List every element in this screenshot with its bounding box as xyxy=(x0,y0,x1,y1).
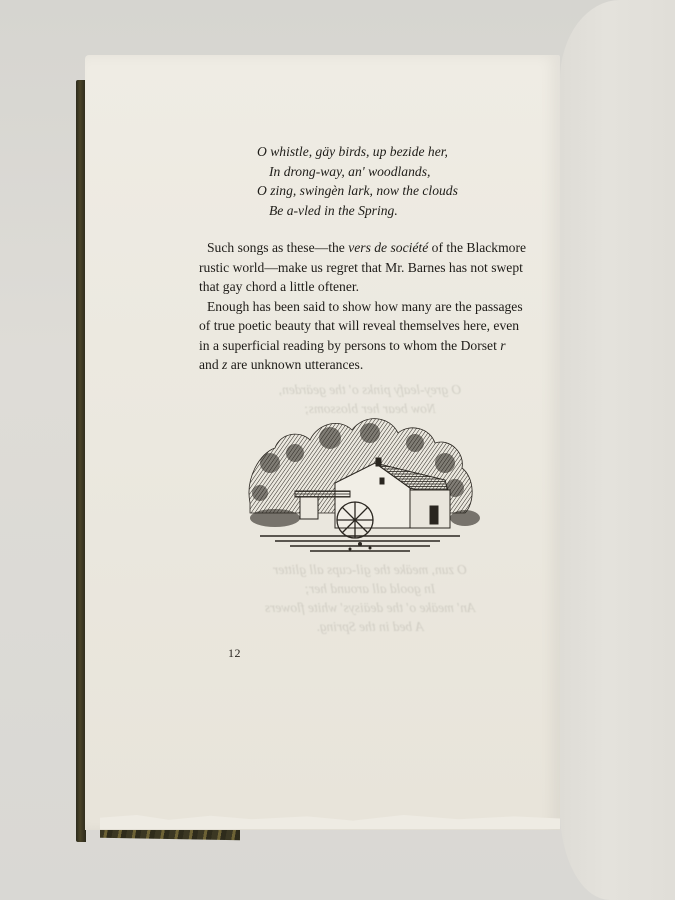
text-run: and xyxy=(199,357,222,372)
text-run: of the Blackmore xyxy=(428,240,526,255)
italic-phrase: vers de société xyxy=(348,240,428,255)
bleed-line: O zun, meäke the gil-cups all glitter xyxy=(205,560,535,579)
prose-line: that gay chord a little oftener. xyxy=(199,277,532,297)
prose-line: in a superficial reading by persons to w… xyxy=(199,336,532,356)
prose-line: of true poetic beauty that will reveal t… xyxy=(199,316,532,336)
bleed-line: O grey-leafy pinks o' the geärden, xyxy=(205,380,535,399)
verse-line: Be a-vled in the Spring. xyxy=(257,201,497,221)
page-number: 12 xyxy=(228,646,241,661)
poem-stanza: O whistle, gäy birds, up bezide her, In … xyxy=(257,142,497,220)
prose-line: Such songs as these—the vers de société … xyxy=(207,238,532,258)
italic-letter: r xyxy=(500,338,505,353)
bleed-line: In goold all around her; xyxy=(205,579,535,598)
text-run: in a superficial reading by persons to w… xyxy=(199,338,500,353)
watermill-engraving xyxy=(240,408,485,558)
text-run: are unknown utterances. xyxy=(227,357,363,372)
facing-page-curl xyxy=(560,0,675,900)
paragraph: Such songs as these—the vers de société … xyxy=(207,238,532,297)
bleed-line: A bed in the Spring. xyxy=(205,617,535,636)
verse-line: O whistle, gäy birds, up bezide her, xyxy=(257,142,497,162)
paragraph: Enough has been said to show how many ar… xyxy=(207,297,532,375)
verse-line: O zing, swingèn lark, now the clouds xyxy=(257,181,497,201)
verse-line: In drong-way, an' woodlands, xyxy=(257,162,497,182)
bleed-through-lower: O zun, meäke the gil-cups all glitter In… xyxy=(205,560,535,636)
bleed-line: An' meäke o' the deäisys' white flowers xyxy=(205,598,535,617)
prose-line: rustic world—make us regret that Mr. Bar… xyxy=(199,258,532,278)
prose-line: Enough has been said to show how many ar… xyxy=(207,297,532,317)
text-run: Such songs as these—the xyxy=(207,240,348,255)
prose-line: and z are unknown utterances. xyxy=(199,355,532,375)
body-text: Such songs as these—the vers de société … xyxy=(207,238,532,375)
